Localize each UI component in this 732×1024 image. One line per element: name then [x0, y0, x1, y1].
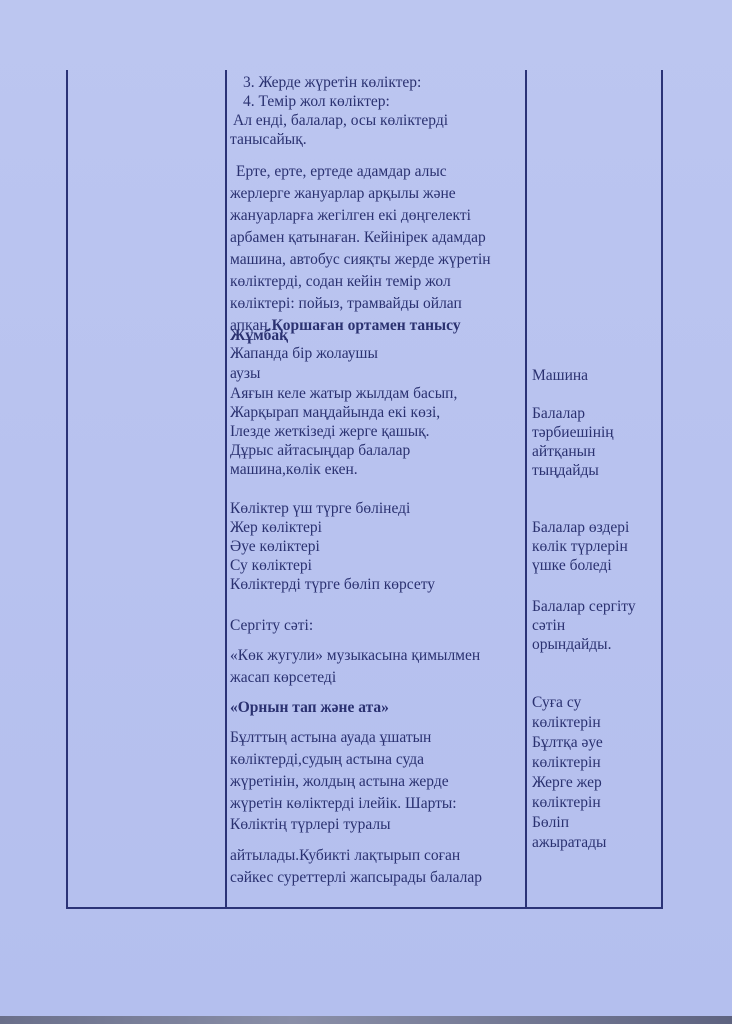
sort-line: көліктерін [532, 753, 601, 773]
types-line: Көліктер үш түрге бөлінеді [230, 499, 410, 519]
warmup-response-line: сәтін [532, 616, 565, 636]
history-line: машина, автобус сияқты жерде жүретін [230, 250, 491, 270]
history-line: көліктерді, содан кейін темір жол [230, 272, 451, 292]
sort-line: ажыратады [532, 833, 606, 853]
history-line: Ерте, ерте, ертеде адамдар алыс [236, 162, 447, 182]
divide-line: үшке боледі [532, 556, 612, 576]
divide-line: Балалар өздері [532, 518, 629, 538]
warmup-title: Сергіту сәті: [230, 616, 313, 636]
riddle-line: Жарқырап маңдайында екі көзі, [230, 403, 440, 423]
column-divider-1 [225, 70, 227, 909]
history-line: көліктері: пойыз, трамвайды ойлап [230, 294, 462, 314]
intro-text: танысайық. [230, 130, 307, 150]
game-line: көліктерді,судың астына суда [230, 750, 424, 770]
sort-line: көліктерін [532, 793, 601, 813]
sort-line: Жерге жер [532, 773, 602, 793]
types-line: Жер көліктері [230, 518, 322, 538]
history-line: арбамен қатынаған. Кейінірек адамдар [230, 228, 486, 248]
history-line: жануарларға жегілген екі дөңгелекті [230, 206, 471, 226]
riddle-line: Ілезде жеткізеді жерге қашық. [230, 422, 430, 442]
column-divider-2 [525, 70, 527, 909]
game-line: Бұлттың астына ауада ұшатын [230, 728, 431, 748]
warmup-line: жасап көрсетеді [230, 668, 336, 688]
table-bottom-border [66, 907, 663, 909]
riddle-line: машина,көлік екен. [230, 460, 358, 480]
section-heading: Қоршаған ортамен танысу [272, 317, 461, 334]
listen-line: айтқанын [532, 442, 595, 462]
desk-edge [0, 1016, 732, 1024]
intro-text: Ал енді, балалар, осы көліктерді [233, 111, 448, 131]
sort-line: Бөліп [532, 813, 569, 833]
game-line: жүретін көліктерді ілейік. Шарты: [230, 794, 457, 814]
riddle-line: аузы [230, 364, 260, 384]
answer-text: Машина [532, 366, 588, 386]
intro-list-item: 3. Жерде жүретін көліктер: [243, 73, 421, 93]
types-line: Әуе көліктері [230, 537, 320, 557]
game-line: жүретінін, жолдың астына жерде [230, 772, 449, 792]
warmup-response-line: Балалар сергіту [532, 597, 636, 617]
riddle-line: Жапанда бір жолаушы [230, 344, 378, 364]
listen-line: тәрбиешінің [532, 423, 614, 443]
intro-list-item: 4. Темір жол көліктер: [243, 92, 390, 112]
game-title: «Орнын тап және ата» [230, 698, 389, 718]
sort-line: Бұлтқа әуе [532, 733, 603, 753]
riddle-line: Аяғын келе жатыр жылдам басып, [230, 384, 457, 404]
sort-line: көліктерін [532, 713, 601, 733]
table-left-border [66, 70, 68, 909]
warmup-line: «Көк жугули» музыкасына қимылмен [230, 646, 480, 666]
game-line: айтылады.Кубикті лақтырып соған [230, 846, 460, 866]
types-line: Су көліктері [230, 556, 312, 576]
types-line: Көліктерді түрге бөліп көрсету [230, 575, 435, 595]
divide-line: көлік түрлерін [532, 537, 628, 557]
history-line: жерлерге жануарлар арқылы және [230, 184, 456, 204]
table-right-border [661, 70, 663, 909]
riddle-line: Дұрыс айтасыңдар балалар [230, 441, 410, 461]
listen-line: Балалар [532, 404, 585, 424]
sort-line: Суға су [532, 693, 581, 713]
game-line: Көліктің түрлері туралы [230, 815, 391, 835]
listen-line: тыңдайды [532, 461, 599, 481]
warmup-response-line: орындайды. [532, 635, 611, 655]
game-line: сәйкес суреттерлі жапсырады балалар [230, 868, 482, 888]
riddle-title: Жұмбақ [230, 326, 288, 346]
